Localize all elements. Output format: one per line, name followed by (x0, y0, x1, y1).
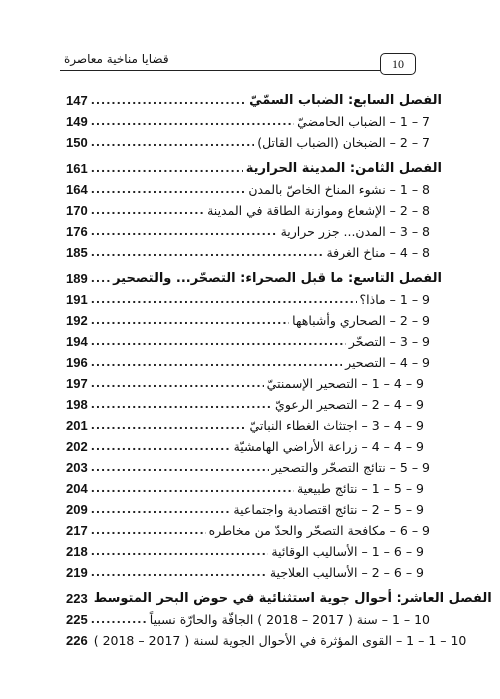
page-number-ref: 203 (66, 460, 88, 475)
dot-leader (91, 484, 294, 494)
toc-entry[interactable]: 1497 – 1 – الضباب الحامضيّ (66, 111, 442, 132)
toc-entry[interactable]: 1989 – 4 – 2 – التصحير الرعويّ (66, 394, 442, 415)
entry-title: 9 – 4 – 3 – اجتثاث الغطاء النباتيّ (249, 418, 442, 433)
dot-leader (91, 117, 294, 127)
dot-leader (91, 463, 269, 473)
toc-entry[interactable]: 2179 – 6 – مكافحة التصحّر والحدّ من مخاط… (66, 520, 442, 541)
page-number-ref: 176 (66, 224, 88, 239)
entry-title: 7 – 2 – الضبخان (الضباب القاتل) (257, 135, 442, 150)
dot-leader (91, 227, 278, 237)
entry-title: 8 – 4 – مناخ الغرفة (326, 245, 442, 260)
table-of-contents: 147الفصل السابع: الضباب السمّيّ1497 – 1 … (66, 90, 442, 651)
page-number-ref: 170 (66, 203, 88, 218)
entry-title: 9 – 4 – التصحير (345, 355, 442, 370)
page-number-ref: 191 (66, 292, 88, 307)
toc-entry[interactable]: 2099 – 5 – 2 – نتائج اقتصادية واجتماعية (66, 499, 442, 520)
header-rule (60, 70, 382, 71)
page-number-ref: 197 (66, 376, 88, 391)
entry-title: 9 – 1 – ماذا؟ (360, 292, 442, 307)
toc-entry[interactable]: 2199 – 6 – 2 – الأساليب العلاجية (66, 562, 442, 583)
page-number-ref: 192 (66, 313, 88, 328)
dot-leader (91, 442, 231, 452)
dot-leader (91, 547, 269, 557)
dot-leader (91, 421, 247, 431)
page-number-ref: 225 (66, 612, 88, 627)
toc-entry[interactable]: 1979 – 4 – 1 – التصحير الإسمنتيّ (66, 373, 442, 394)
entry-title: الفصل الثامن: المدينة الحرارية (246, 161, 442, 176)
toc-entry[interactable]: 1708 – 2 – الإشعاع وموازنة الطاقة في الم… (66, 200, 442, 221)
toc-entry[interactable]: 2049 – 5 – 1 – نتائج طبيعية (66, 478, 442, 499)
toc-chapter-entry[interactable]: 161الفصل الثامن: المدينة الحرارية (66, 158, 442, 179)
toc-entry[interactable]: 2029 – 4 – 4 – زراعة الأراضي الهامشيّة (66, 436, 442, 457)
page-number-ref: 209 (66, 502, 88, 517)
toc-entry[interactable]: 2039 – 5 – نتائج التصحّر والتصحير (66, 457, 442, 478)
page-number-ref: 194 (66, 334, 88, 349)
dot-leader (91, 615, 147, 625)
toc-entry[interactable]: 2019 – 4 – 3 – اجتثاث الغطاء النباتيّ (66, 415, 442, 436)
page-number-ref: 150 (66, 135, 88, 150)
entry-title: 9 – 5 – 1 – نتائج طبيعية (297, 481, 442, 496)
entry-title: 9 – 5 – 2 – نتائج اقتصادية واجتماعية (233, 502, 442, 517)
dot-leader (91, 316, 289, 326)
entry-title: 9 – 4 – 1 – التصحير الإسمنتيّ (267, 376, 442, 391)
entry-title: 9 – 4 – 2 – التصحير الرعويّ (275, 397, 442, 412)
entry-title: 10 – 1 – سنة ( 2017 – 2018 ) الجافّة وال… (150, 612, 442, 627)
page-number-ref: 204 (66, 481, 88, 496)
entry-title: 9 – 4 – 4 – زراعة الأراضي الهامشيّة (234, 439, 442, 454)
entry-title: الفصل العاشر: أحوال جوية استثنائية في حو… (94, 591, 492, 606)
toc-entry[interactable]: 1919 – 1 – ماذا؟ (66, 289, 442, 310)
dot-leader (91, 337, 346, 347)
toc-entry[interactable]: 1507 – 2 – الضبخان (الضباب القاتل) (66, 132, 442, 153)
toc-entry[interactable]: 22510 – 1 – سنة ( 2017 – 2018 ) الجافّة … (66, 609, 442, 630)
entry-title: 10 – 1 – 1 – القوى المؤثرة في الأحوال ال… (94, 633, 479, 648)
page-number-ref: 201 (66, 418, 88, 433)
page-number-ref: 164 (66, 182, 88, 197)
dot-leader (91, 274, 110, 284)
entry-title: 9 – 6 – 2 – الأساليب العلاجية (270, 565, 442, 580)
dot-leader (91, 568, 267, 578)
toc-entry[interactable]: 1949 – 3 – التصحّر (66, 331, 442, 352)
entry-title: 8 – 1 – نشوء المناخ الخاصّ بالمدن (248, 182, 442, 197)
page-number: 10 (392, 57, 404, 72)
dot-leader (91, 358, 342, 368)
running-header-title: قضايا مناخية معاصرة (64, 52, 169, 66)
toc-entry[interactable]: 1648 – 1 – نشوء المناخ الخاصّ بالمدن (66, 179, 442, 200)
entry-title: 9 – 2 – الصحاري وأشباهها (292, 313, 442, 328)
toc-entry[interactable]: 22610 – 1 – 1 – القوى المؤثرة في الأحوال… (66, 630, 442, 651)
dot-leader (91, 96, 246, 106)
page-number-ref: 185 (66, 245, 88, 260)
dot-leader (91, 295, 357, 305)
entry-title: 8 – 3 – المدن... جزر حرارية (281, 224, 442, 239)
page-number-ref: 196 (66, 355, 88, 370)
entry-title: 9 – 5 – نتائج التصحّر والتصحير (272, 460, 442, 475)
dot-leader (91, 379, 264, 389)
entry-title: 9 – 6 – 1 – الأساليب الوقائية (271, 544, 442, 559)
entry-title: 9 – 6 – مكافحة التصحّر والحدّ من مخاطره (209, 523, 442, 538)
toc-entry[interactable]: 1929 – 2 – الصحاري وأشباهها (66, 310, 442, 331)
dot-leader (91, 206, 204, 216)
toc-chapter-entry[interactable]: 223الفصل العاشر: أحوال جوية استثنائية في… (66, 588, 442, 609)
page-number-ref: 149 (66, 114, 88, 129)
page-number-ref: 223 (66, 591, 88, 606)
dot-leader (91, 400, 272, 410)
page-number-ref: 147 (66, 93, 88, 108)
page-number-box: 10 (380, 53, 416, 75)
dot-leader (91, 526, 206, 536)
page-number-ref: 226 (66, 633, 88, 648)
entry-title: 9 – 3 – التصحّر (349, 334, 442, 349)
page-number-ref: 218 (66, 544, 88, 559)
dot-leader (91, 185, 246, 195)
toc-chapter-entry[interactable]: 147الفصل السابع: الضباب السمّيّ (66, 90, 442, 111)
toc-chapter-entry[interactable]: 189الفصل التاسع: ما قبل الصحراء: التصحّر… (66, 268, 442, 289)
entry-title: 8 – 2 – الإشعاع وموازنة الطاقة في المدين… (207, 203, 442, 218)
page-number-ref: 161 (66, 161, 88, 176)
dot-leader (91, 505, 231, 515)
dot-leader (91, 138, 255, 148)
entry-title: 7 – 1 – الضباب الحامضيّ (297, 114, 442, 129)
page-number-ref: 219 (66, 565, 88, 580)
dot-leader (91, 248, 324, 258)
page-number-ref: 189 (66, 271, 88, 286)
toc-entry[interactable]: 1768 – 3 – المدن... جزر حرارية (66, 221, 442, 242)
page-number-ref: 198 (66, 397, 88, 412)
entry-title: الفصل السابع: الضباب السمّيّ (249, 93, 442, 108)
toc-entry[interactable]: 1969 – 4 – التصحير (66, 352, 442, 373)
toc-entry[interactable]: 1858 – 4 – مناخ الغرفة (66, 242, 442, 263)
page-number-ref: 217 (66, 523, 88, 538)
dot-leader (91, 164, 243, 174)
page-number-ref: 202 (66, 439, 88, 454)
entry-title: الفصل التاسع: ما قبل الصحراء: التصحّر...… (113, 271, 442, 286)
toc-entry[interactable]: 2189 – 6 – 1 – الأساليب الوقائية (66, 541, 442, 562)
